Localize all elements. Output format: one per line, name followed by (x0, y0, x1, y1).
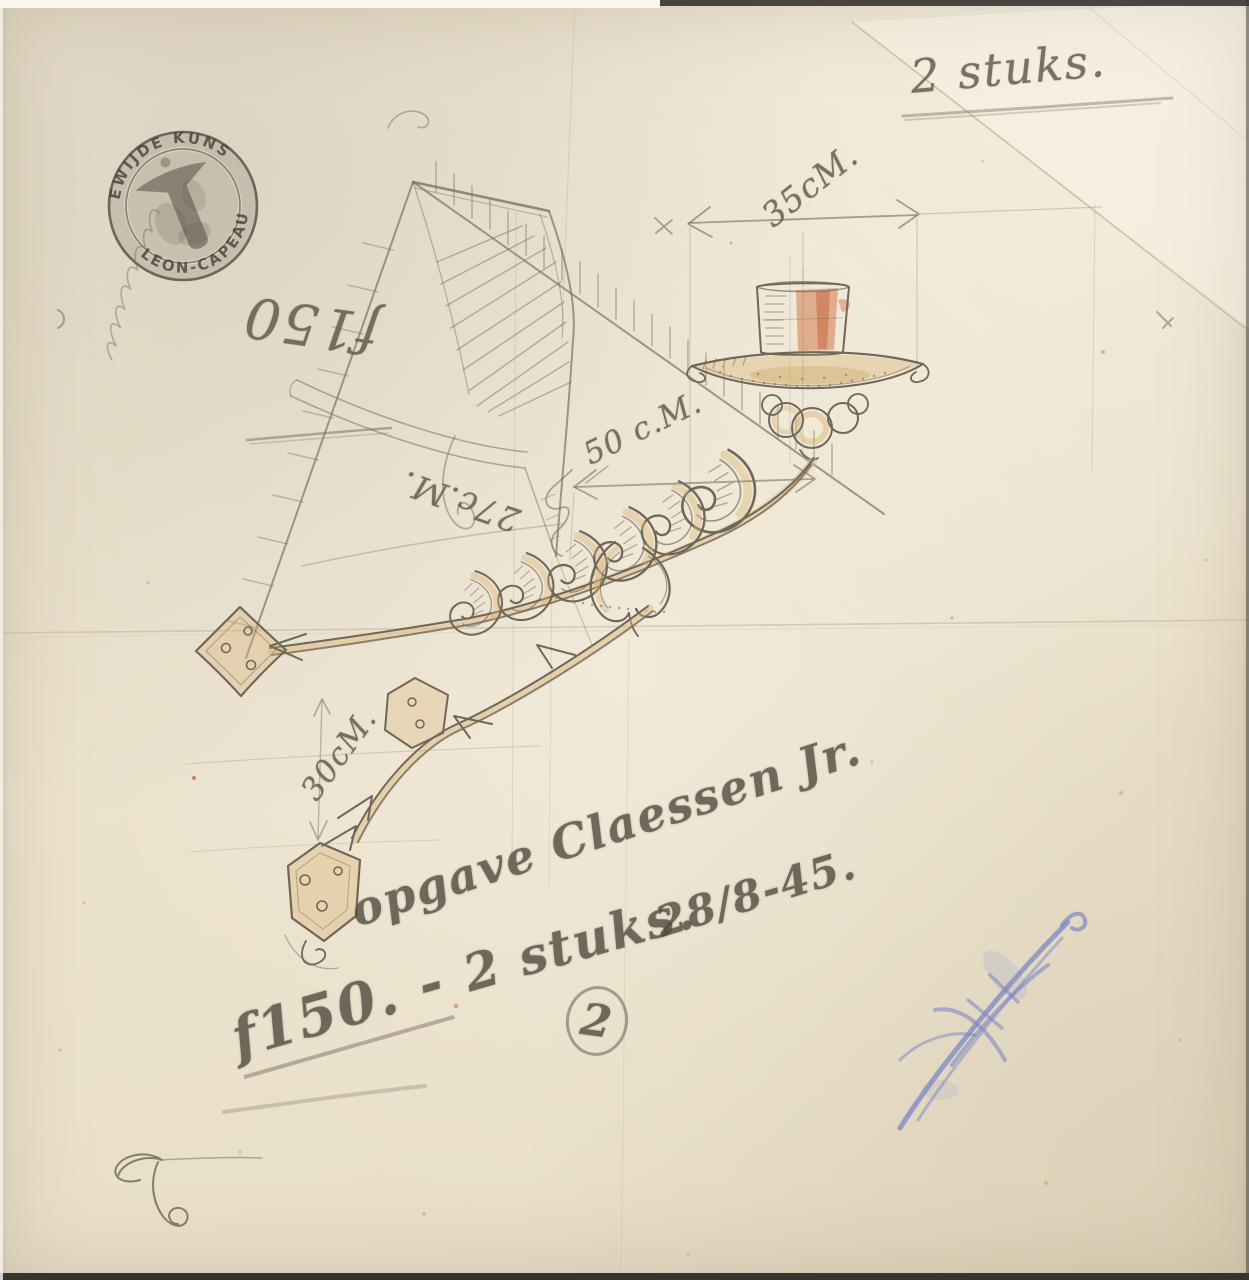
scroll-knot (762, 394, 868, 460)
flourish-mark (115, 1154, 262, 1225)
paper-specks (59, 160, 1208, 1256)
bottom-shield-plate (285, 843, 360, 969)
signature-scribble (900, 914, 1085, 1128)
workshop-stamp: GEWIJDE KUNST LEON-CAPEAU (86, 107, 280, 302)
sconce-sketch-drawing: GEWIJDE KUNST LEON-CAPEAU (0, 0, 1249, 1280)
dimension-35cm (655, 200, 1102, 492)
scanned-sketch-page: GEWIJDE KUNST LEON-CAPEAU (0, 0, 1249, 1280)
shade-hatching (437, 226, 571, 416)
